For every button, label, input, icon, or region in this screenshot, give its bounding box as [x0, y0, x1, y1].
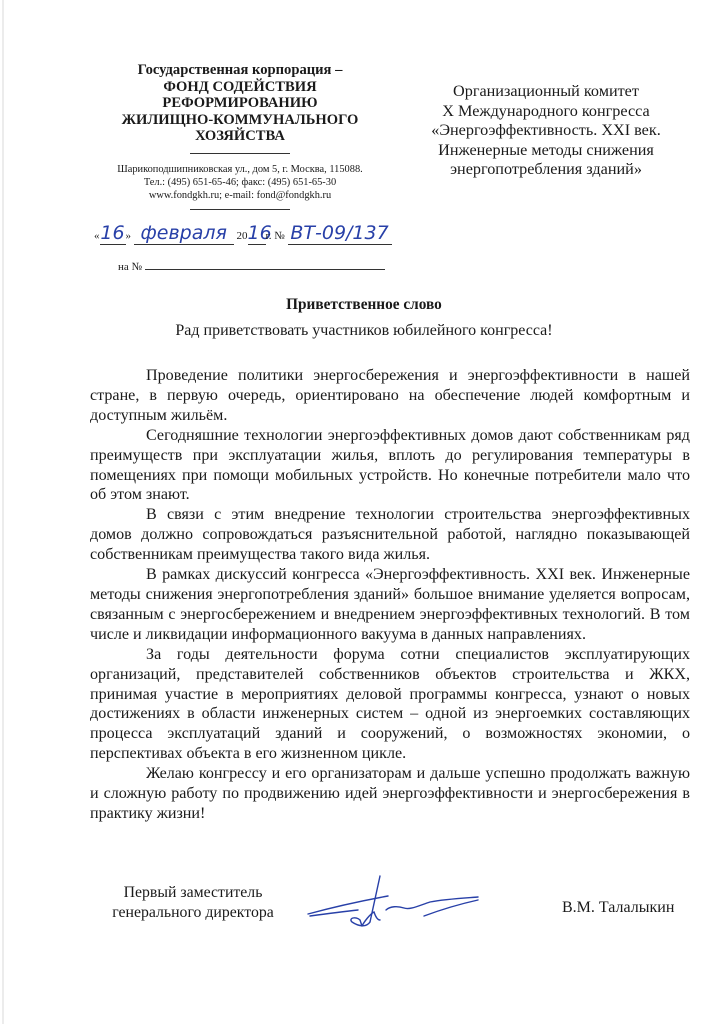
registration-line: «16» февраля 2016г. № ВТ-09/137: [94, 222, 392, 245]
year-prefix: 20: [237, 230, 248, 242]
sender-org-line: Государственная корпорация –: [92, 62, 388, 79]
scan-edge: [2, 0, 4, 1024]
letter-greeting: Рад приветствовать участников юбилейного…: [0, 322, 728, 340]
recipient-line: энергопотребления зданий»: [406, 160, 686, 180]
letter-body: Проведение политики энергосбережения и э…: [90, 366, 690, 824]
sender-org-line: РЕФОРМИРОВАНИЮ: [92, 95, 388, 112]
sender-phone: Тел.: (495) 651-65-46; факс: (495) 651-6…: [92, 176, 388, 189]
recipient-line: X Международного конгресса: [406, 102, 686, 122]
handwritten-outgoing-number: ВТ-09/137: [288, 222, 392, 245]
signer-position-line: Первый заместитель: [108, 883, 278, 903]
close-quote: »: [126, 230, 132, 242]
recipient-line: Инженерные методы снижения: [406, 141, 686, 161]
sender-web-email: www.fondgkh.ru; e-mail: fond@fondgkh.ru: [92, 189, 388, 202]
body-paragraph: В рамках дискуссий конгресса «Энергоэффе…: [90, 565, 690, 645]
handwritten-day: 16: [100, 222, 126, 245]
body-paragraph: Сегодняшние технологии энергоэффективных…: [90, 426, 690, 506]
letterhead-divider: [190, 153, 290, 154]
reference-number-blank: [145, 257, 385, 270]
sender-address: Шарикоподшипниковская ул., дом 5, г. Мос…: [92, 163, 388, 176]
sender-org-line: ФОНД СОДЕЙСТВИЯ: [92, 79, 388, 96]
number-label: г. №: [266, 230, 285, 242]
sender-org-line: ХОЗЯЙСТВА: [92, 128, 388, 145]
handwritten-year: 16: [248, 222, 266, 245]
signer-position-line: генерального директора: [108, 903, 278, 923]
sender-letterhead: Государственная корпорация – ФОНД СОДЕЙС…: [92, 62, 388, 219]
handwritten-month: февраля: [134, 222, 234, 245]
recipient-line: Организационный комитет: [406, 82, 686, 102]
signer-position: Первый заместитель генерального директор…: [108, 883, 278, 922]
signer-name: В.М. Талалыкин: [562, 899, 674, 917]
signature-icon: [300, 870, 480, 940]
letterhead-divider: [190, 209, 290, 210]
recipient-block: Организационный комитет X Международного…: [406, 82, 686, 180]
recipient-line: «Энергоэффективность. XXI век.: [406, 121, 686, 141]
sender-org-line: ЖИЛИЩНО-КОММУНАЛЬНОГО: [92, 112, 388, 129]
body-paragraph: Проведение политики энергосбережения и э…: [90, 366, 690, 426]
body-paragraph: Желаю конгрессу и его организаторам и да…: [90, 764, 690, 824]
letter-heading: Приветственное слово: [0, 296, 728, 314]
reference-line: на №: [118, 257, 385, 273]
body-paragraph: За годы деятельности форума сотни специа…: [90, 645, 690, 764]
body-paragraph: В связи с этим внедрение технологии стро…: [90, 505, 690, 565]
reference-label: на №: [118, 261, 142, 273]
